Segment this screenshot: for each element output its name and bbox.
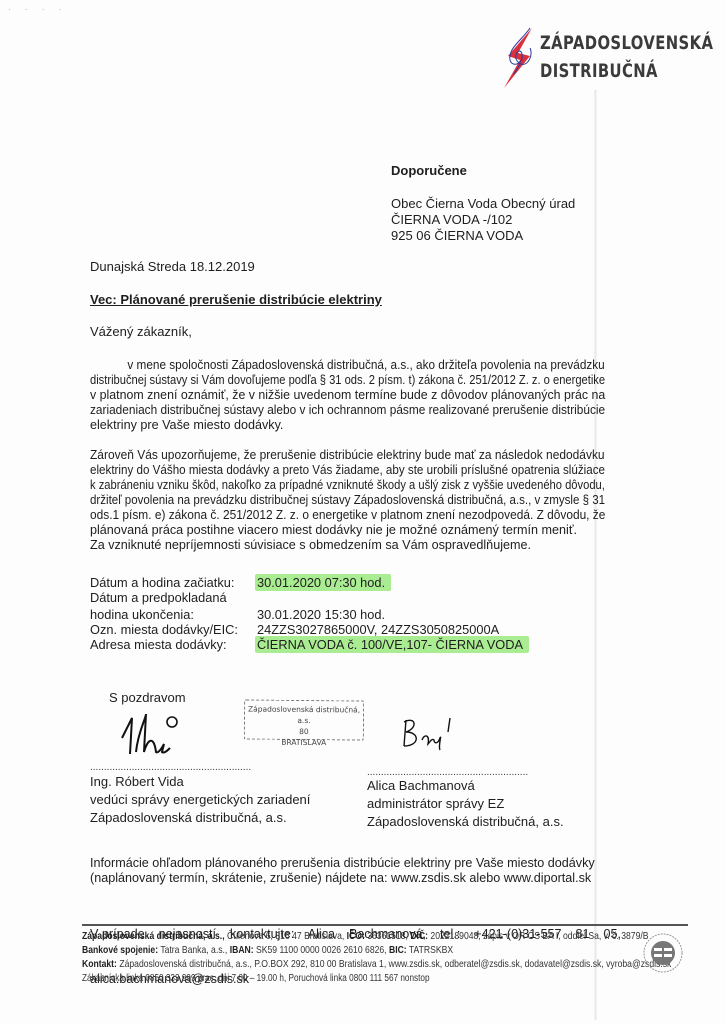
recipient-city: 925 06 ČIERNA VODA	[391, 228, 523, 243]
footer-ico-label: IČO:	[347, 930, 365, 942]
eic-value: 24ZZS3027865000V, 24ZZS3050825000A	[257, 622, 499, 637]
footer-line-3: Kontakt: Západoslovenská distribučná, a.…	[82, 958, 671, 971]
stamp-line-1: Západoslovenská distribučná, a.s.	[245, 703, 363, 726]
info-line-1: Informácie ohľadom plánovaného prerušeni…	[90, 856, 630, 871]
logo-text-line1: ZÁPADOSLOVENSKÁ	[540, 32, 713, 54]
salutation: Vážený zákazník,	[90, 324, 192, 339]
paragraph-1-line: v platnom znení oznámiť, že v nižšie uve…	[90, 388, 596, 403]
signature-bachmanova	[398, 712, 468, 752]
signature-vida	[118, 708, 188, 758]
footer-divider-right	[598, 924, 688, 926]
stamp-line-3: BRATISLAVA	[245, 736, 363, 748]
footer-dic-label: DIČ:	[410, 930, 428, 942]
paragraph-1-line: elektriny pre Vaše miesto dodávky.	[90, 418, 605, 433]
paragraph-1-line: zariadeniach distribučnej sústavy alebo …	[90, 403, 575, 418]
signer-right-title: administrátor správy EZ	[367, 796, 504, 811]
signature-line-right: ........................................…	[367, 767, 528, 778]
paragraph-2-line: ods.1 písm. e) zákona č. 251/2012 Z. z. …	[90, 508, 577, 523]
signer-left-name: Ing. Róbert Vida	[90, 774, 184, 789]
footer-line-1: Západoslovenská distribučná, a.s., Čulen…	[82, 930, 649, 943]
paragraph-2-line: Za vzniknuté nepríjemnosti súvisiace s o…	[90, 538, 605, 553]
footer-line-2: Bankové spojenie: Tatra Banka, a.s., IBA…	[82, 944, 453, 957]
footer-bic-label: BIC:	[389, 944, 407, 956]
company-logo: ZÁPADOSLOVENSKÁ DISTRIBUČNÁ	[500, 22, 725, 97]
footer-company: Západoslovenská distribučná, a.s.,	[82, 930, 225, 942]
footer-divider	[82, 924, 602, 926]
footer-dic: 2022189048, zápis v OR OS BA I, oddiel S…	[428, 930, 648, 942]
start-value: 30.01.2020 07:30 hod.	[255, 574, 391, 591]
letter-page: · · · · ZÁPADOSLOVENSKÁ DISTRIBUČNÁ Dopo…	[0, 0, 725, 1024]
recipient-name: Obec Čierna Voda Obecný úrad	[391, 196, 575, 211]
footer-iban-label: IBAN:	[230, 944, 254, 956]
paragraph-2-line: Zároveň Vás upozorňujeme, že prerušenie …	[90, 448, 579, 463]
paragraph-2-line: držiteľ povolenia na prevádzku distribuč…	[90, 493, 562, 508]
address-value: ČIERNA VODA č. 100/VE,107- ČIERNA VODA	[255, 636, 529, 653]
end-label-2: hodina ukončenia:	[90, 607, 194, 622]
address-label: Adresa miesta dodávky:	[90, 637, 227, 652]
footer-contact: Západoslovenská distribučná, a.s., P.O.B…	[117, 958, 671, 970]
footer-hotlines: Zákaznícka linka 0850 333 999 prac. dni …	[82, 973, 430, 984]
footer-bank: Tatra Banka, a.s.,	[158, 944, 230, 956]
iec-certified-badge-icon	[643, 933, 683, 973]
scan-specks: · · · ·	[8, 5, 67, 14]
signature-line-left: ........................................…	[90, 762, 251, 773]
delivery-mode: Doporučene	[391, 163, 467, 178]
company-stamp: Západoslovenská distribučná, a.s. 80 BRA…	[244, 699, 364, 740]
footer-bic: TATRSKBX	[407, 944, 453, 956]
info-line-2: (naplánovaný termín, skrátenie, zrušenie…	[90, 871, 630, 886]
greeting: S pozdravom	[109, 690, 186, 705]
footer-bank-label: Bankové spojenie:	[82, 944, 158, 956]
paragraph-2-line: k zabráneniu vzniku škôd, nakoľko za prí…	[90, 478, 547, 493]
paragraph-2-line: elektriny do Vášho miesta dodávky a pret…	[90, 463, 565, 478]
signer-left-company: Západoslovenská distribučná, a.s.	[90, 810, 287, 825]
end-label-1: Dátum a predpokladaná	[90, 590, 227, 605]
paragraph-1-line: v mene spoločnosti Západoslovenská distr…	[90, 358, 572, 373]
recipient-street: ČIERNA VODA -/102	[391, 212, 512, 227]
paragraph-2: Zároveň Vás upozorňujeme, že prerušenie …	[90, 448, 605, 553]
footer-contact-label: Kontakt:	[82, 958, 117, 970]
signer-right-name: Alica Bachmanová	[367, 778, 475, 793]
paragraph-1: v mene spoločnosti Západoslovenská distr…	[90, 358, 605, 433]
footer-iban: SK59 1100 0000 0026 2610 6826,	[254, 944, 389, 956]
handwritten-initials	[500, 26, 540, 76]
paragraph-1-line: distribučnej sústavy si Vám dovoľujeme p…	[90, 373, 546, 388]
info-block: Informácie ohľadom plánovaného prerušeni…	[90, 856, 630, 886]
footer-line-4: Zákaznícka linka 0850 333 999 prac. dni …	[82, 972, 430, 985]
letter-subject: Vec: Plánované prerušenie distribúcie el…	[90, 292, 382, 307]
footer-ico: 36361518,	[365, 930, 410, 942]
eic-label: Ozn. miesta dodávky/EIC:	[90, 622, 238, 637]
signer-left-title: vedúci správy energetických zariadení	[90, 792, 310, 807]
place-date: Dunajská Streda 18.12.2019	[90, 259, 255, 274]
start-label: Dátum a hodina začiatku:	[90, 575, 234, 590]
logo-text-line2: DISTRIBUČNÁ	[540, 60, 658, 82]
footer-address: Čulenova 6, 816 47 Bratislava,	[225, 930, 347, 942]
paragraph-2-line: plánovaná práca postihne viacero miest d…	[90, 523, 605, 538]
signer-right-company: Západoslovenská distribučná, a.s.	[367, 814, 564, 829]
contact-block: V prípade nejasností kontaktujte: Alica …	[90, 897, 630, 1017]
end-value: 30.01.2020 15:30 hod.	[257, 607, 385, 622]
